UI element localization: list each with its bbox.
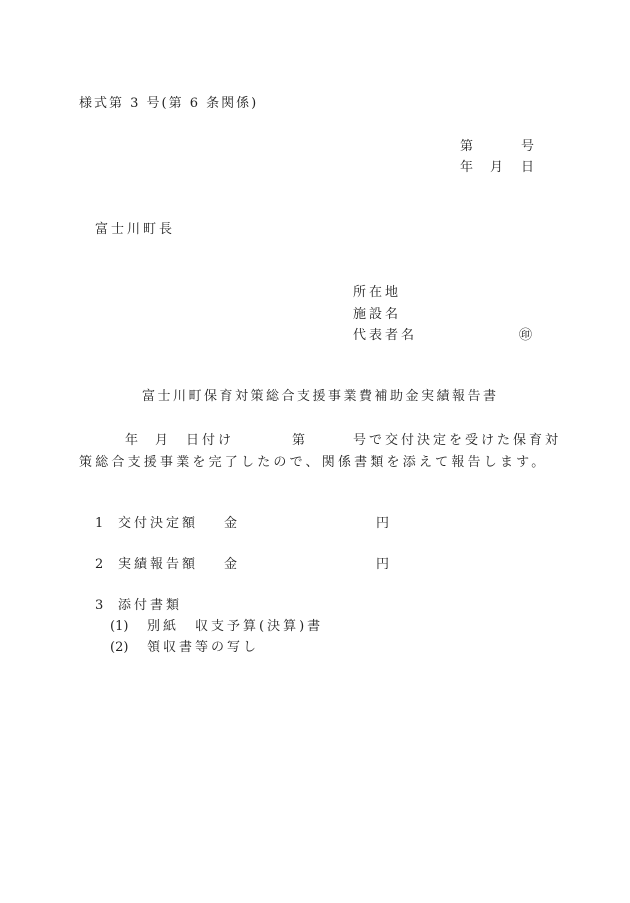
item-unit: 円 — [376, 516, 392, 532]
body-day-ref: 日付け — [186, 433, 234, 449]
attachment-number: (2) — [110, 640, 128, 656]
seal-icon: ㊞ — [519, 328, 532, 344]
form-number: 様式第 3 号(第 6 条関係) — [79, 96, 258, 112]
attachments-label: 添付書類 — [118, 598, 182, 614]
item-number: 2 — [95, 557, 103, 573]
attachment-text: 別紙 収支予算(決算)書 — [147, 619, 323, 635]
item-label: 交付決定額 — [118, 516, 198, 532]
attachments-number: 3 — [95, 598, 103, 614]
attachment-text: 領収書等の写し — [147, 640, 259, 656]
address-label: 所在地 — [353, 285, 401, 301]
body-line1-rest: 号で交付決定を受けた保育対 — [353, 433, 561, 449]
item-number: 1 — [95, 516, 103, 532]
date-year: 年 — [460, 160, 476, 176]
body-month: 月 — [155, 433, 171, 449]
body-year: 年 — [125, 433, 141, 449]
document-number-suffix: 号 — [521, 139, 537, 155]
date-month: 月 — [490, 160, 506, 176]
body-no-prefix: 第 — [292, 433, 308, 449]
addressee: 富士川町長 — [95, 222, 175, 238]
date-day: 日 — [521, 160, 537, 176]
document-title: 富士川町保育対策総合支援事業費補助金実績報告書 — [142, 389, 499, 405]
item-unit: 円 — [376, 557, 392, 573]
item-prefix: 金 — [224, 557, 240, 573]
body-line2: 策総合支援事業を完了したので、関係書類を添えて報告します。 — [79, 455, 548, 471]
representative-label: 代表者名 — [353, 328, 417, 344]
item-prefix: 金 — [224, 516, 240, 532]
document-number-prefix: 第 — [460, 139, 476, 155]
facility-label: 施設名 — [353, 307, 401, 323]
attachment-number: (1) — [110, 619, 128, 635]
item-label: 実績報告額 — [118, 557, 198, 573]
